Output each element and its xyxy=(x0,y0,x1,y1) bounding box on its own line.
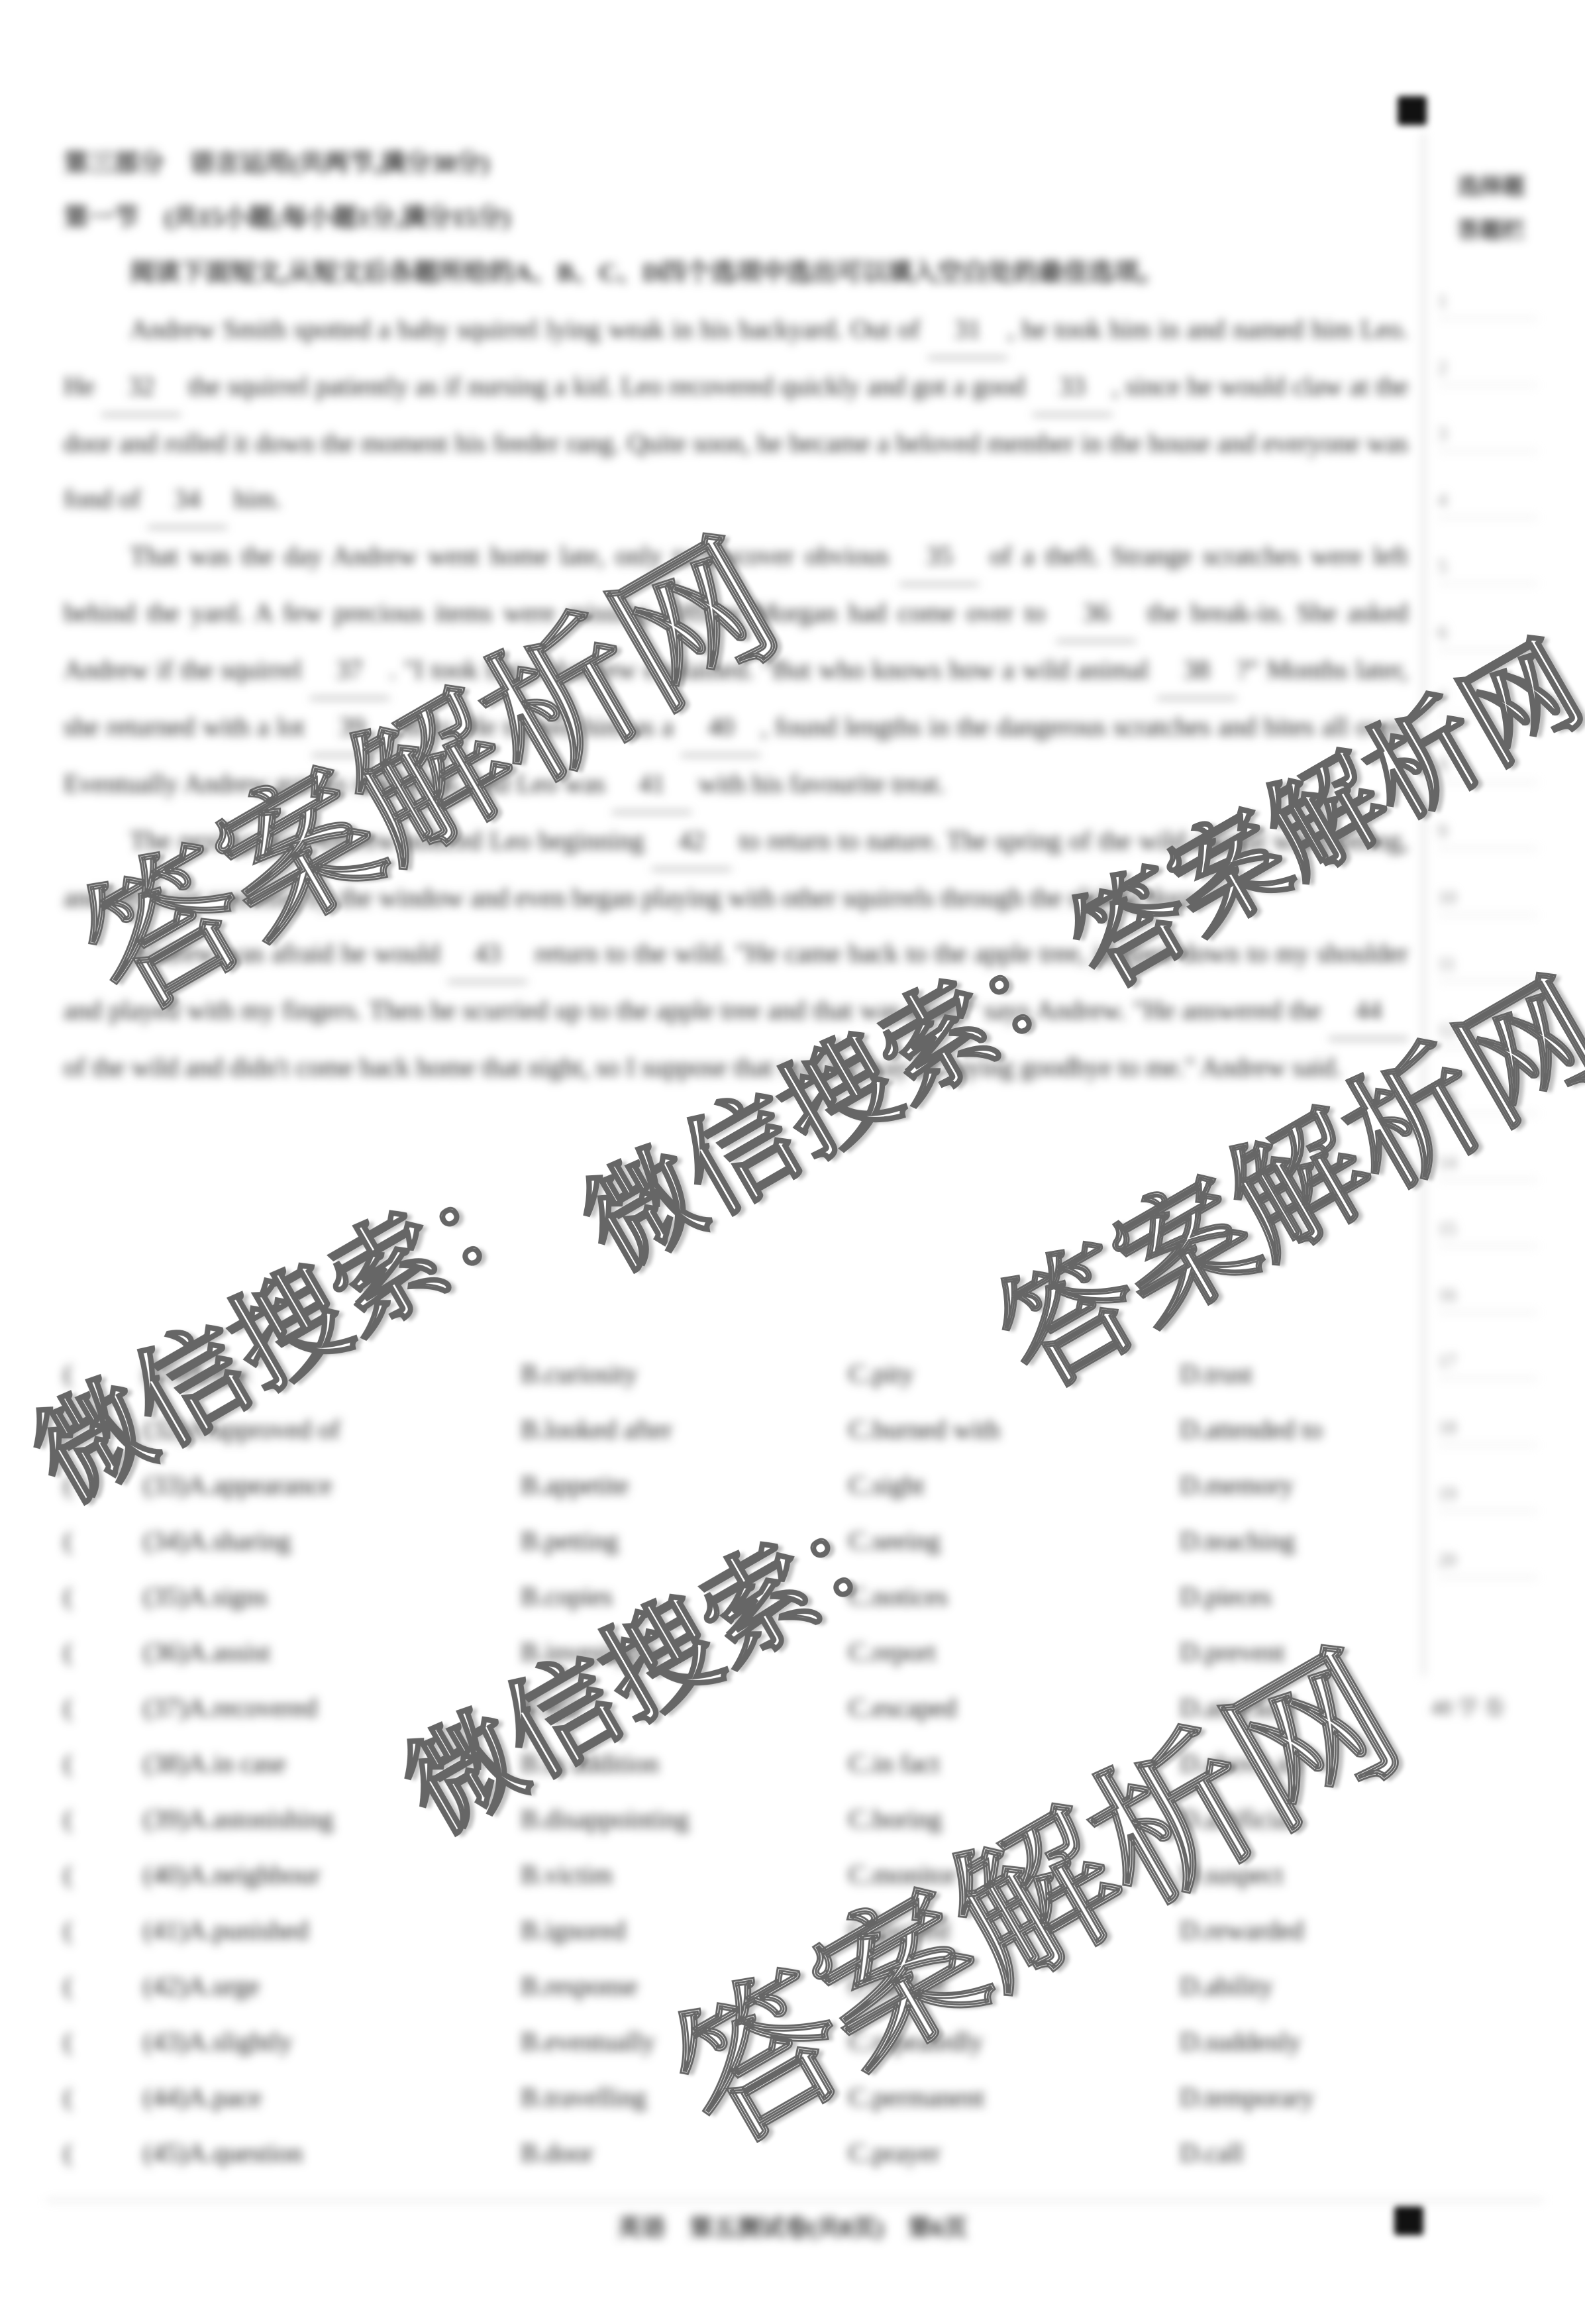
answer-row: 18 xyxy=(1438,1418,1537,1446)
blank: 36 xyxy=(1056,585,1136,642)
option-c: C.burned with xyxy=(848,1414,1000,1445)
sidebar-header: 选择题 答题栏 xyxy=(1438,166,1544,253)
section-title: 第三部分 语言运用(共两节,满分30分) xyxy=(64,142,489,179)
answer-sidebar: 选择题 答题栏 1234567891011121314151617181920 xyxy=(1423,132,1557,1676)
blank: 32 xyxy=(101,358,181,415)
answer-row: 19 xyxy=(1438,1484,1537,1512)
subsection-title: 第一节 (共15小题;每小题1分,满分15分) xyxy=(64,197,510,233)
option-a: (37)A.recovered xyxy=(143,1692,317,1723)
option-a: (40)A.neighbour xyxy=(143,1859,321,1890)
option-d: D.temporary xyxy=(1180,2082,1314,2113)
option-a: (42)A.urge xyxy=(143,1970,260,2001)
option-a: (35)A.signs xyxy=(143,1581,268,1612)
answer-row: 9 xyxy=(1438,821,1537,849)
option-a: (43)A.slightly xyxy=(143,2026,293,2057)
option-c: C.prayer xyxy=(848,2137,941,2168)
passage-paragraph: Andrew Smith spotted a baby squirrel lyi… xyxy=(64,301,1408,528)
option-d: D.call xyxy=(1180,2137,1244,2168)
instructions: 阅读下面短文,从短文后各题所给的A、B、C、D四个选项中选出可以填入空白处的最佳… xyxy=(130,252,1164,288)
option-a: (39)A.astonishing xyxy=(143,1803,334,1834)
option-b: B.petting xyxy=(521,1525,619,1556)
option-d: D.attended to xyxy=(1180,1414,1323,1445)
registration-mark-top xyxy=(1398,96,1427,125)
blank: 43 xyxy=(448,925,527,982)
blank: 34 xyxy=(148,471,227,528)
option-a: (34)A.sharing xyxy=(143,1525,291,1556)
option-a: (45)A.question xyxy=(143,2137,303,2168)
option-b: B.looked after xyxy=(521,1414,672,1445)
answer-row: 17 xyxy=(1438,1351,1537,1379)
sidebar-footer: 48 学 卷 xyxy=(1431,1691,1505,1721)
option-b: B.door xyxy=(521,2137,593,2168)
option-c: C.report xyxy=(848,1636,936,1667)
option-b: B.response xyxy=(521,1970,638,2001)
answer-row: 5 xyxy=(1438,556,1537,584)
answer-row: 20 xyxy=(1438,1550,1537,1578)
option-b: B.eventually xyxy=(521,2026,655,2057)
option-d: D.suddenly xyxy=(1180,2026,1301,2057)
blank: 31 xyxy=(928,301,1007,358)
option-d: D.memory xyxy=(1180,1469,1294,1501)
blank: 38 xyxy=(1157,642,1237,699)
option-b: B.appetite xyxy=(521,1469,629,1501)
answer-row: 3 xyxy=(1438,424,1537,452)
option-c: C.in fact xyxy=(848,1748,940,1779)
answer-row: 15 xyxy=(1438,1219,1537,1247)
option-a: (36)A.assist xyxy=(143,1636,270,1667)
option-a: (44)A.pace xyxy=(143,2082,262,2113)
option-a: (38)A.in case xyxy=(143,1748,285,1779)
blank: 33 xyxy=(1033,358,1112,415)
answer-row: 1 xyxy=(1438,291,1537,319)
option-b: B.curiosity xyxy=(521,1358,638,1389)
page-footer: 英语 第五测试卷(共8页) 第6页 xyxy=(0,2209,1585,2243)
option-d: D.pieces xyxy=(1180,1581,1272,1612)
answer-row: 16 xyxy=(1438,1285,1537,1313)
option-b: B.ignored xyxy=(521,1915,626,1946)
option-b: B.travelling xyxy=(521,2082,646,2113)
answer-row: 2 xyxy=(1438,358,1537,386)
option-c: C.pity xyxy=(848,1358,914,1389)
footer-divider xyxy=(46,2199,1543,2201)
option-c: C.escaped xyxy=(848,1692,956,1723)
exam-page: 第三部分 语言运用(共两节,满分30分) 第一节 (共15小题;每小题1分,满分… xyxy=(0,0,1585,2324)
option-b: B.victim xyxy=(521,1859,613,1890)
option-a: (41)A.punished xyxy=(143,1915,309,1946)
blank: 35 xyxy=(899,528,979,585)
answer-row: 10 xyxy=(1438,888,1537,916)
option-d: D.teaching xyxy=(1180,1525,1295,1556)
option-d: D.trust xyxy=(1180,1358,1253,1389)
answer-row: 4 xyxy=(1438,490,1537,518)
option-d: D.ability xyxy=(1180,1970,1273,2001)
blank: 42 xyxy=(652,813,731,870)
